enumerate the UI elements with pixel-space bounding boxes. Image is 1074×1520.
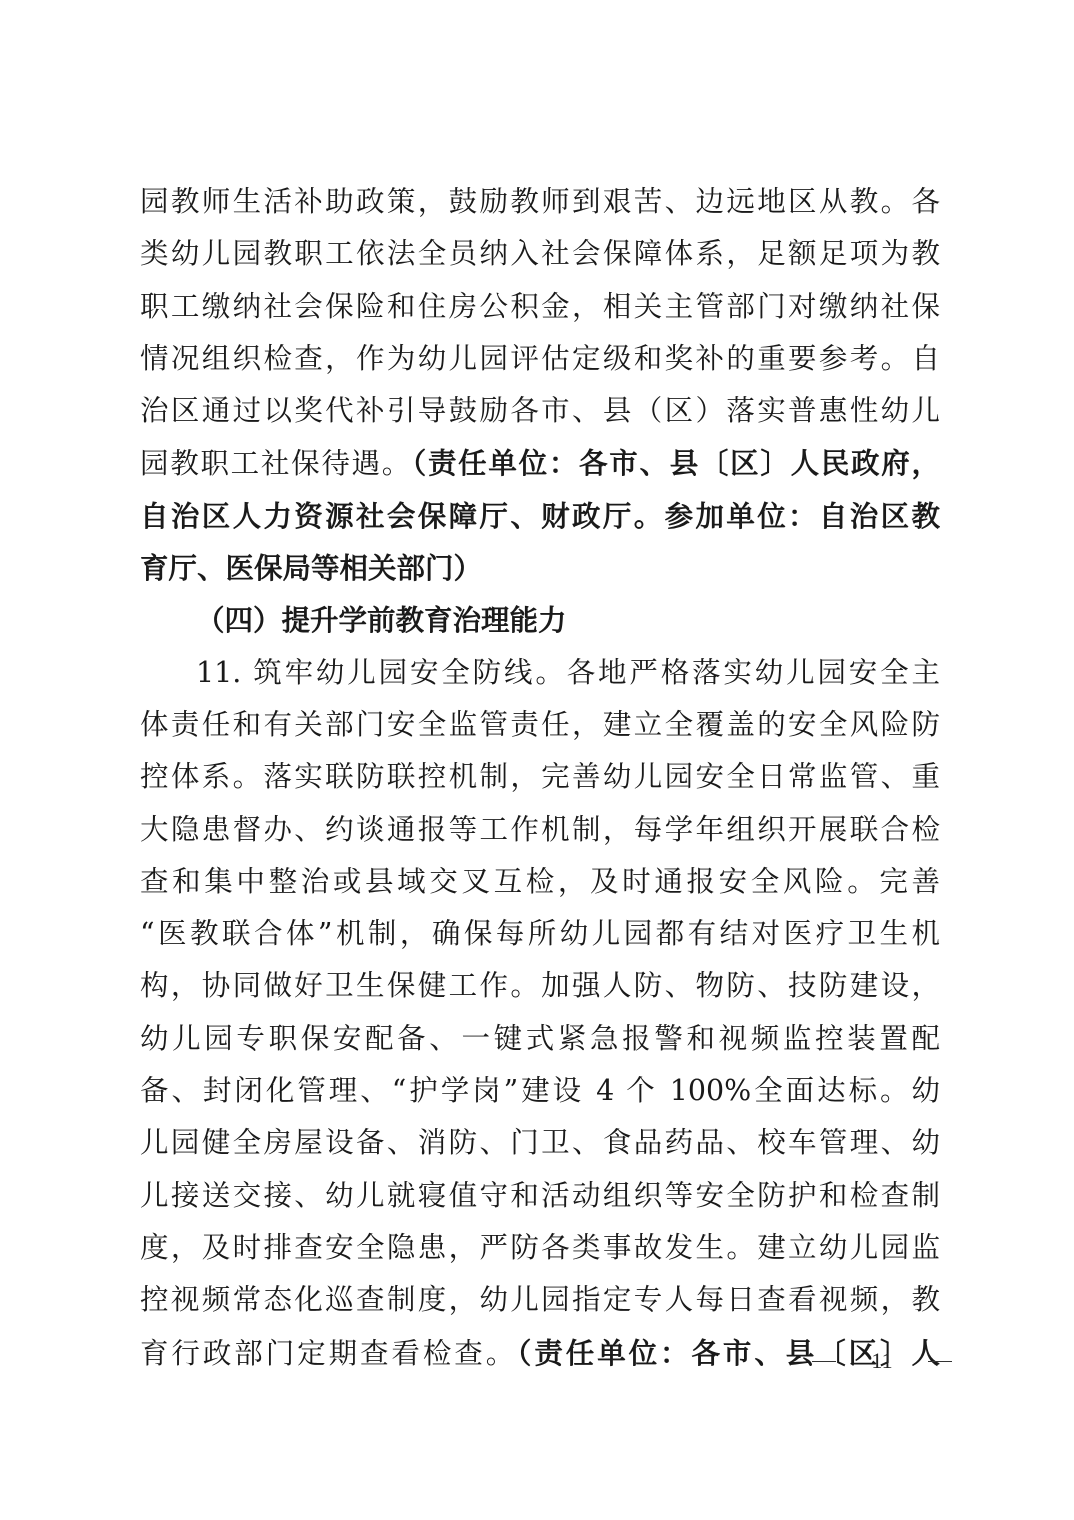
paragraph-line: 类幼儿园教职工依法全员纳入社会保障体系，足额足项为教 [140,228,940,280]
paragraph-line: 情况组织检查，作为幼儿园评估定级和奖补的重要参考。自 [140,333,940,385]
paragraph-line: 职工缴纳社会保险和住房公积金，相关主管部门对缴纳社保 [140,281,940,333]
page-number-text: 11 [871,1348,892,1374]
paragraph-line: 大隐患督办、约谈通报等工作机制，每学年组织开展联合检 [140,804,940,856]
section-heading-text: （四）提升学前教育治理能力 [196,603,567,637]
item-title: 11. 筑牢幼儿园安全防线。 [196,656,567,689]
dash-right [928,1361,952,1362]
text-segment: 儿园健全房屋设备、消防、门卫、食品药品、校车管理、幼 [140,1126,940,1159]
text-segment: 幼儿园专职保安配备、一键式紧急报警和视频监控装置配 [140,1022,940,1055]
text-segment: 体责任和有关部门安全监管责任，建立全覆盖的安全风险防 [140,708,940,741]
paragraph-line: 园教师生活补助政策，鼓励教师到艰苦、边远地区从教。各 [140,176,940,228]
text-segment: 园教师生活补助政策，鼓励教师到艰苦、边远地区从教。各 [140,185,940,218]
text-segment: 各地严格落实幼儿园安全主 [567,656,940,689]
text-segment: “医教联合体”机制，确保每所幼儿园都有结对医疗卫生机 [140,917,940,950]
text-segment: 职工缴纳社会保险和住房公积金，相关主管部门对缴纳社保 [140,290,940,323]
paragraph-line: 控体系。落实联防联控机制，完善幼儿园安全日常监管、重 [140,751,940,803]
text-segment: 儿接送交接、幼儿就寝值守和活动组织等安全防护和检查制 [140,1179,940,1212]
paragraph-line: 11. 筑牢幼儿园安全防线。各地严格落实幼儿园安全主 [140,647,940,699]
paragraph-line: 园教职工社保待遇。（责任单位：各市、县〔区〕人民政府， [140,437,940,489]
paragraph-line: 备、封闭化管理、“护学岗”建设 4 个 100%全面达标。幼 [140,1065,940,1117]
text-segment: 治区通过以奖代补引导鼓励各市、县（区）落实普惠性幼儿 [140,394,940,427]
page-number: 11 [812,1346,952,1376]
text-segment: 度，及时排查安全隐患，严防各类事故发生。建立幼儿园监 [140,1231,940,1264]
paragraph-line: 幼儿园专职保安配备、一键式紧急报警和视频监控装置配 [140,1013,940,1065]
paragraph-line: 育厅、医保局等相关部门） [140,542,940,594]
paragraph-line: 控视频常态化巡查制度，幼儿园指定专人每日查看视频，教 [140,1274,940,1326]
text-segment: 园教职工社保待遇。 [140,447,412,480]
text-segment: 类幼儿园教职工依法全员纳入社会保障体系，足额足项为教 [140,237,940,270]
body-text: 园教师生活补助政策，鼓励教师到艰苦、边远地区从教。各 类幼儿园教职工依法全员纳入… [140,176,940,1379]
document-page: 园教师生活补助政策，鼓励教师到艰苦、边远地区从教。各 类幼儿园教职工依法全员纳入… [0,0,1074,1520]
responsibility-units: 育厅、医保局等相关部门） [140,551,482,585]
paragraph-line: 自治区人力资源社会保障厅、财政厅。参加单位：自治区教 [140,490,940,542]
paragraph-line: 儿园健全房屋设备、消防、门卫、食品药品、校车管理、幼 [140,1117,940,1169]
text-segment: 情况组织检查，作为幼儿园评估定级和奖补的重要参考。自 [140,342,940,375]
text-segment: 控体系。落实联防联控机制，完善幼儿园安全日常监管、重 [140,760,940,793]
section-heading: （四）提升学前教育治理能力 [140,594,940,646]
responsibility-units: 自治区人力资源社会保障厅、财政厅。参加单位：自治区教 [140,499,940,533]
text-segment: 控视频常态化巡查制度，幼儿园指定专人每日查看视频，教 [140,1283,940,1316]
paragraph-line: 儿接送交接、幼儿就寝值守和活动组织等安全防护和检查制 [140,1170,940,1222]
paragraph-line: 度，及时排查安全隐患，严防各类事故发生。建立幼儿园监 [140,1222,940,1274]
paragraph-line: 体责任和有关部门安全监管责任，建立全覆盖的安全风险防 [140,699,940,751]
text-segment: 构，协同做好卫生保健工作。加强人防、物防、技防建设， [140,969,940,1002]
paragraph-line: 治区通过以奖代补引导鼓励各市、县（区）落实普惠性幼儿 [140,385,940,437]
text-segment: 大隐患督办、约谈通报等工作机制，每学年组织开展联合检 [140,813,940,846]
text-segment: 育行政部门定期查看检查。 [140,1337,517,1370]
text-segment: 查和集中整治或县域交叉互检，及时通报安全风险。完善 [140,865,940,898]
dash-left [812,1361,836,1362]
paragraph-line: 查和集中整治或县域交叉互检，及时通报安全风险。完善 [140,856,940,908]
text-segment: 备、封闭化管理、“护学岗”建设 4 个 100%全面达标。幼 [140,1074,940,1107]
paragraph-line: 构，协同做好卫生保健工作。加强人防、物防、技防建设， [140,960,940,1012]
paragraph-line: “医教联合体”机制，确保每所幼儿园都有结对医疗卫生机 [140,908,940,960]
responsibility-units: （责任单位：各市、县〔区〕人民政府， [412,446,940,480]
